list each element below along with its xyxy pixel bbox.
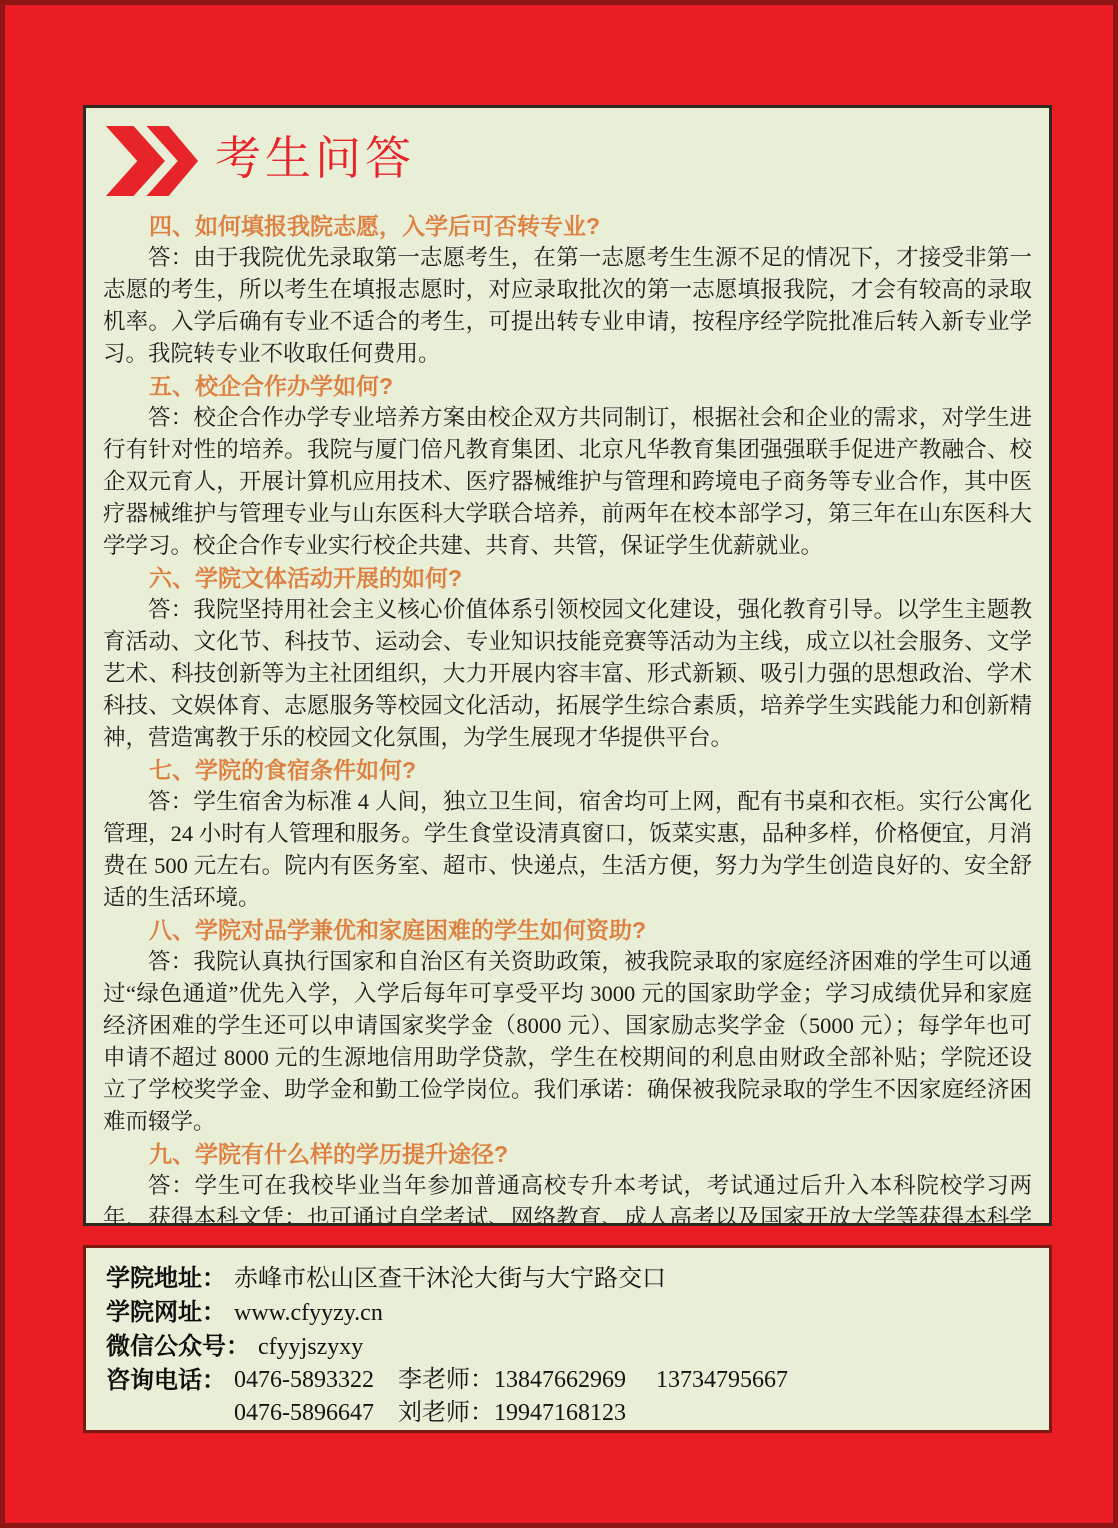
college-website-row: 学院网址：www.cfyyzy.cn — [106, 1296, 1032, 1330]
contact-panel: 学院地址：赤峰市松山区查干沐沦大街与大宁路交口 学院网址：www.cfyyzy.… — [83, 1245, 1052, 1433]
phone-line-1: 0476-5893322 李老师：13847662969 13734795667 — [234, 1364, 788, 1397]
answer-paragraph: 答：学生宿舍为标准 4 人间，独立卫生间，宿舍均可上网，配有书桌和衣柜。实行公寓… — [103, 786, 1032, 914]
page-header: 考生问答 — [105, 120, 1032, 202]
answer-paragraph: 答：学生可在我校毕业当年参加普通高校专升本考试，考试通过后升入本科院校学习两年，… — [103, 1170, 1032, 1226]
college-address-row: 学院地址：赤峰市松山区查干沐沦大街与大宁路交口 — [106, 1262, 1032, 1296]
double-chevron-right-icon — [105, 126, 199, 196]
answer-paragraph: 答：校企合作办学专业培养方案由校企双方共同制订，根据社会和企业的需求，对学生进行… — [103, 402, 1032, 562]
question-heading: 八、学院对品学兼优和家庭困难的学生如何资助? — [103, 914, 1032, 946]
wechat-value: cfyyjszyxy — [258, 1334, 363, 1360]
answer-paragraph: 答：由于我院优先录取第一志愿考生，在第一志愿考生生源不足的情况下，才接受非第一志… — [103, 242, 1032, 370]
website-value: www.cfyyzy.cn — [234, 1300, 383, 1326]
page-title: 考生问答 — [215, 135, 415, 187]
phone-rows: 咨询电话： 0476-5893322 李老师：13847662969 13734… — [106, 1364, 1032, 1430]
qa-panel: 考生问答 四、如何填报我院志愿，入学后可否转专业? 答：由于我院优先录取第一志愿… — [83, 105, 1052, 1226]
question-heading: 七、学院的食宿条件如何? — [103, 754, 1032, 786]
address-value: 赤峰市松山区查干沐沦大街与大宁路交口 — [234, 1266, 666, 1292]
qa-list: 四、如何填报我院志愿，入学后可否转专业? 答：由于我院优先录取第一志愿考生，在第… — [103, 210, 1032, 1226]
question-heading: 四、如何填报我院志愿，入学后可否转专业? — [103, 210, 1032, 242]
website-label: 学院网址： — [106, 1299, 226, 1326]
wechat-label: 微信公众号： — [106, 1333, 250, 1360]
answer-paragraph: 答：我院坚持用社会主义核心价值体系引领校园文化建设，强化教育引导。以学生主题教育… — [103, 594, 1032, 754]
phone-numbers: 0476-5893322 李老师：13847662969 13734795667… — [234, 1364, 788, 1430]
question-heading: 六、学院文体活动开展的如何? — [103, 562, 1032, 594]
question-heading: 九、学院有什么样的学历提升途径? — [103, 1138, 1032, 1170]
wechat-account-row: 微信公众号：cfyyjszyxy — [106, 1330, 1032, 1364]
address-label: 学院地址： — [106, 1265, 226, 1292]
phone-label: 咨询电话： — [106, 1364, 226, 1397]
answer-paragraph: 答：我院认真执行国家和自治区有关资助政策，被我院录取的家庭经济困难的学生可以通过… — [103, 946, 1032, 1138]
phone-line-2: 0476-5896647 刘老师：19947168123 — [234, 1397, 788, 1430]
question-heading: 五、校企合作办学如何? — [103, 370, 1032, 402]
